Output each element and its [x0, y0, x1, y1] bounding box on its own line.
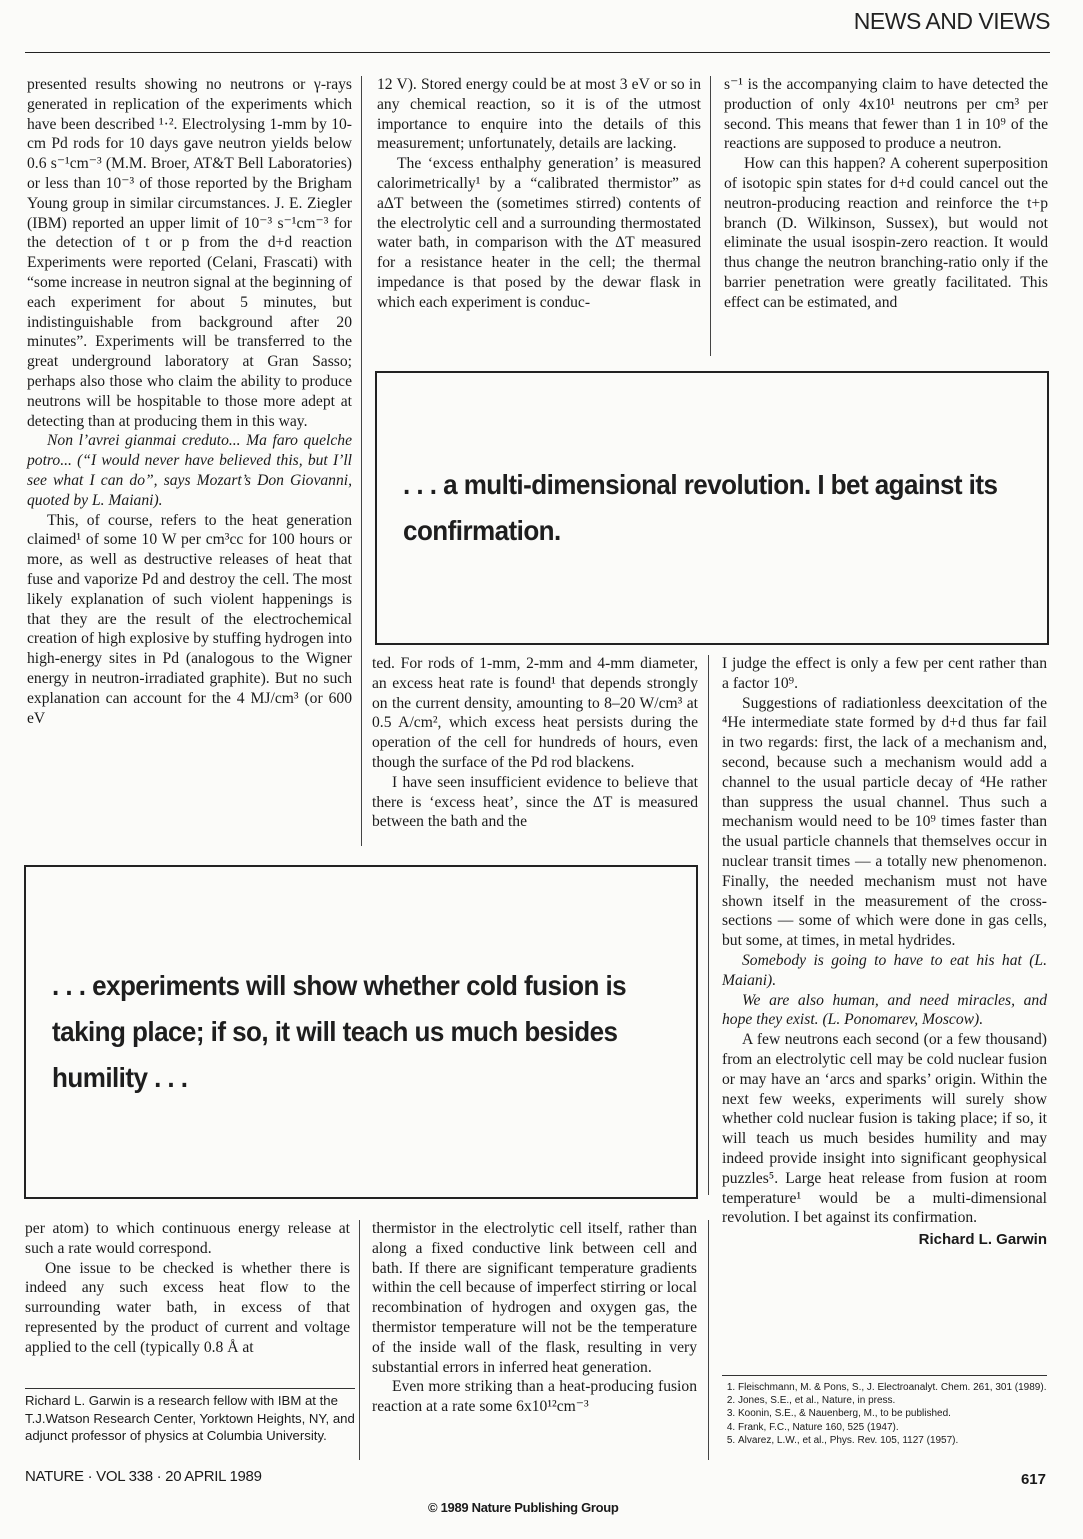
paragraph: A few neutrons each second (or a few tho… [722, 1030, 1047, 1228]
paragraph-quote-italic: Somebody is going to have to eat his hat… [722, 951, 1047, 991]
page-number: 617 [1021, 1471, 1046, 1488]
pull-quote-text: . . . a multi-dimensional revolution. I … [377, 462, 1000, 554]
reference-item: Jones, S.E., et al., Nature, in press. [738, 1394, 1047, 1407]
author-signature: Richard L. Garwin [722, 1230, 1047, 1250]
column-divider [359, 1220, 360, 1460]
paragraph: This, of course, refers to the heat gene… [27, 511, 352, 729]
paragraph: per atom) to which continuous energy rel… [25, 1219, 350, 1259]
column-top-left: presented results showing no neutrons or… [27, 75, 352, 728]
paragraph: The ‘excess enthalphy generation’ is mea… [377, 154, 701, 312]
reference-item: Fleischmann, M. & Pons, S., J. Electroan… [738, 1381, 1047, 1394]
pull-quote-top: . . . a multi-dimensional revolution. I … [375, 371, 1049, 645]
references-list: Fleischmann, M. & Pons, S., J. Electroan… [722, 1375, 1047, 1447]
column-divider [361, 76, 362, 846]
column-bottom-left: per atom) to which continuous energy rel… [25, 1219, 350, 1358]
column-divider [710, 76, 711, 356]
paragraph: Even more striking than a heat-producing… [372, 1377, 697, 1417]
copyright-notice: © 1989 Nature Publishing Group [428, 1500, 619, 1515]
paragraph: I have seen insufficient evidence to bel… [372, 773, 698, 832]
paragraph-quote-italic: We are also human, and need miracles, an… [722, 991, 1047, 1031]
section-header: NEWS AND VIEWS [854, 8, 1050, 35]
column-right: I judge the effect is only a few per cen… [722, 654, 1047, 1250]
paragraph: ted. For rods of 1-mm, 2-mm and 4-mm dia… [372, 654, 698, 773]
paragraph: How can this happen? A coherent superpos… [724, 154, 1048, 312]
reference-item: Frank, F.C., Nature 160, 525 (1947). [738, 1421, 1047, 1434]
paragraph: I judge the effect is only a few per cen… [722, 654, 1047, 694]
paragraph: thermistor in the electrolytic cell itse… [372, 1219, 697, 1377]
pull-quote-bottom: . . . experiments will show whether cold… [24, 865, 698, 1199]
journal-footer: NATURE · VOL 338 · 20 APRIL 1989 [25, 1468, 262, 1485]
column-divider [708, 1220, 709, 1460]
paragraph: 12 V). Stored energy could be at most 3 … [377, 75, 701, 154]
paragraph-quote-italic: Non l’avrei gianmai creduto... Ma faro q… [27, 431, 352, 510]
column-bottom-middle: thermistor in the electrolytic cell itse… [372, 1219, 697, 1417]
column-top-right: s⁻¹ is the accompanying claim to have de… [724, 75, 1048, 313]
header-rule [25, 52, 1050, 53]
column-top-middle: 12 V). Stored energy could be at most 3 … [377, 75, 701, 313]
column-mid-middle: ted. For rods of 1-mm, 2-mm and 4-mm dia… [372, 654, 698, 832]
pull-quote-text: . . . experiments will show whether cold… [26, 963, 647, 1101]
author-bio: Richard L. Garwin is a research fellow w… [25, 1388, 355, 1445]
reference-item: Alvarez, L.W., et al., Phys. Rev. 105, 1… [738, 1434, 1047, 1447]
paragraph: One issue to be checked is whether there… [25, 1259, 350, 1358]
paragraph: Suggestions of radiationless deexcitatio… [722, 694, 1047, 951]
paragraph: s⁻¹ is the accompanying claim to have de… [724, 75, 1048, 154]
reference-item: Koonin, S.E., & Nauenberg, M., to be pub… [738, 1407, 1047, 1420]
column-divider [708, 655, 709, 1195]
paragraph: presented results showing no neutrons or… [27, 75, 352, 431]
